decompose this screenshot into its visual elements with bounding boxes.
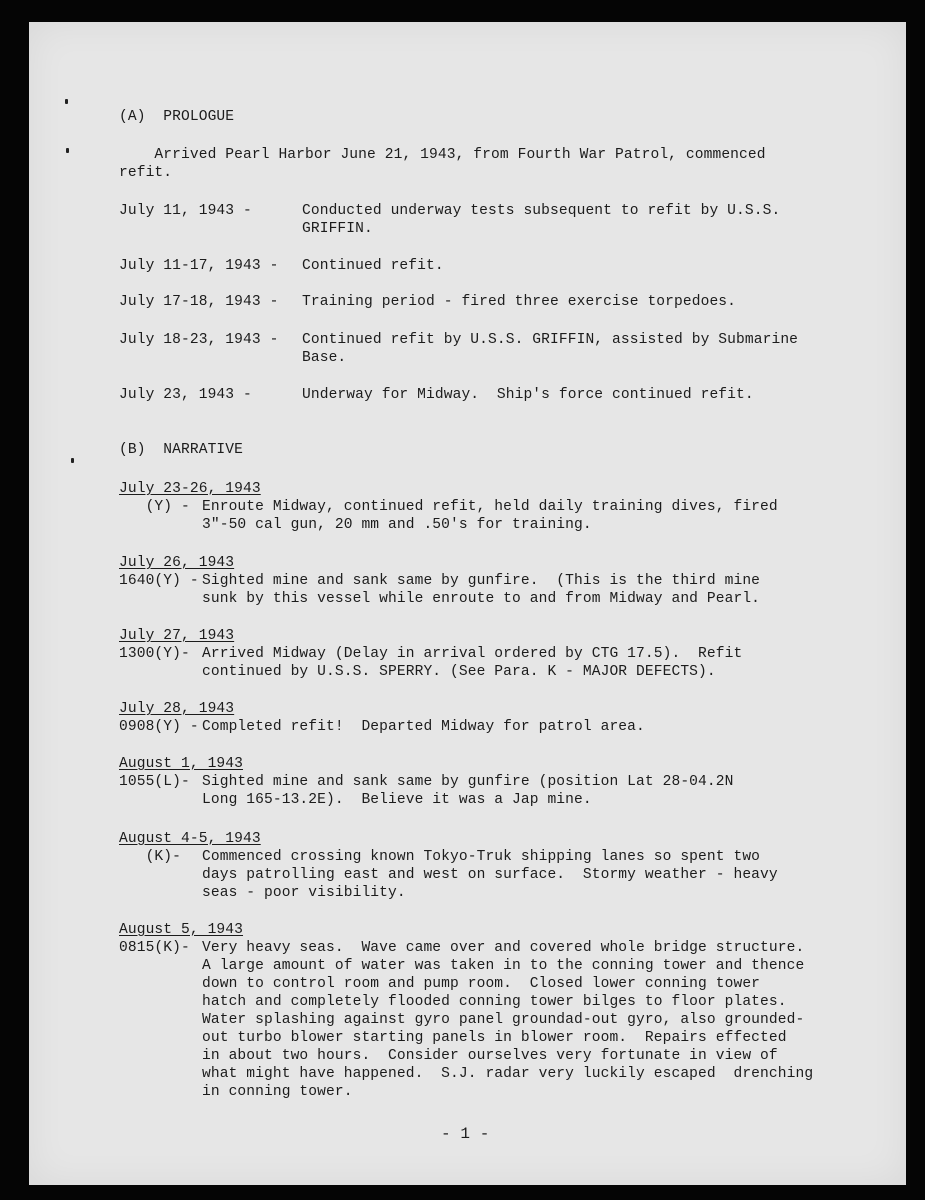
entry-date: August 4-5, 1943 xyxy=(119,830,261,848)
entry-date: July 27, 1943 xyxy=(119,627,234,645)
entry-text: Arrived Midway (Delay in arrival ordered… xyxy=(202,645,742,663)
entry-text: Completed refit! Departed Midway for pat… xyxy=(202,718,645,736)
entry-date: August 5, 1943 xyxy=(119,921,243,939)
entry-text: continued by U.S.S. SPERRY. (See Para. K… xyxy=(202,663,716,681)
entry-text: Base. xyxy=(302,349,346,367)
entry-time: (K)- xyxy=(119,848,181,866)
entry-text: Continued refit by U.S.S. GRIFFIN, assis… xyxy=(302,331,798,349)
entry-text: down to control room and pump room. Clos… xyxy=(202,975,760,993)
entry-text: A large amount of water was taken in to … xyxy=(202,957,804,975)
entry-text: out turbo blower starting panels in blow… xyxy=(202,1029,787,1047)
entry-text: hatch and completely flooded conning tow… xyxy=(202,993,787,1011)
entry-text: Sighted mine and sank same by gunfire (p… xyxy=(202,773,733,791)
entry-date: August 1, 1943 xyxy=(119,755,243,773)
entry-text: Training period - fired three exercise t… xyxy=(302,293,736,311)
entry-text: what might have happened. S.J. radar ver… xyxy=(202,1065,813,1083)
entry-text: Continued refit. xyxy=(302,257,444,275)
scan-speck xyxy=(71,458,74,463)
prologue-intro-line: refit. xyxy=(119,164,172,182)
entry-date: July 18-23, 1943 - xyxy=(119,331,278,349)
entry-time: 0908(Y) - xyxy=(119,718,199,736)
entry-text: Enroute Midway, continued refit, held da… xyxy=(202,498,778,516)
scan-speck xyxy=(66,148,69,153)
entry-time: 0815(K)- xyxy=(119,939,190,957)
entry-time: 1055(L)- xyxy=(119,773,190,791)
entry-text: Long 165-13.2E). Believe it was a Jap mi… xyxy=(202,791,592,809)
entry-text: Sighted mine and sank same by gunfire. (… xyxy=(202,572,760,590)
entry-text: 3"-50 cal gun, 20 mm and .50's for train… xyxy=(202,516,592,534)
section-heading-prologue: (A) PROLOGUE xyxy=(119,108,234,126)
entry-date: July 11, 1943 - xyxy=(119,202,252,220)
entry-text: in conning tower. xyxy=(202,1083,353,1101)
entry-text: seas - poor visibility. xyxy=(202,884,406,902)
entry-date: July 11-17, 1943 - xyxy=(119,257,278,275)
entry-text: Underway for Midway. Ship's force contin… xyxy=(302,386,754,404)
scan-speck xyxy=(65,99,68,104)
entry-date: July 17-18, 1943 - xyxy=(119,293,278,311)
entry-date: July 23-26, 1943 xyxy=(119,480,261,498)
entry-text: Conducted underway tests subsequent to r… xyxy=(302,202,780,220)
section-heading-narrative: (B) NARRATIVE xyxy=(119,441,243,459)
entry-date: July 26, 1943 xyxy=(119,554,234,572)
entry-time: (Y) - xyxy=(119,498,190,516)
entry-text: Water splashing against gyro panel groun… xyxy=(202,1011,804,1029)
entry-text: Very heavy seas. Wave came over and cove… xyxy=(202,939,804,957)
entry-text: sunk by this vessel while enroute to and… xyxy=(202,590,760,608)
entry-text: GRIFFIN. xyxy=(302,220,373,238)
entry-text: Commenced crossing known Tokyo-Truk ship… xyxy=(202,848,760,866)
entry-date: July 28, 1943 xyxy=(119,700,234,718)
entry-time: 1300(Y)- xyxy=(119,645,190,663)
entry-date: July 23, 1943 - xyxy=(119,386,252,404)
entry-time: 1640(Y) - xyxy=(119,572,199,590)
entry-text: days patrolling east and west on surface… xyxy=(202,866,778,884)
prologue-intro-line: Arrived Pearl Harbor June 21, 1943, from… xyxy=(119,146,766,164)
page-number: - 1 - xyxy=(441,1125,490,1143)
entry-text: in about two hours. Consider ourselves v… xyxy=(202,1047,778,1065)
